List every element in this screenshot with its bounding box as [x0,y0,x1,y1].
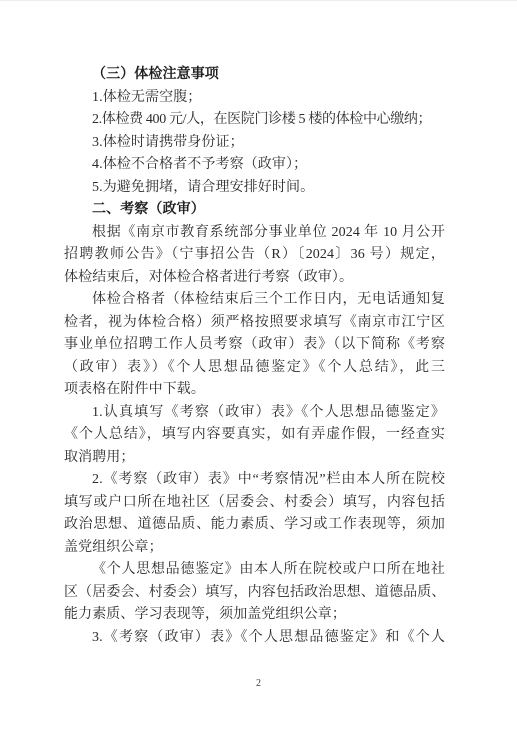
note-item-4: 4.体检不合格者不予考察（政审）； [64,154,445,177]
paragraph-applicant-line-5: 项表格在附件中下载。 [64,379,445,402]
paragraph-fill-true-line-2: 《个人总结》，填写内容要真实，如有弄虚作假，一经查实 [64,424,445,447]
note-item-3: 3.体检时请携带身份证； [64,132,445,155]
paragraph-moral-appraisal-line-1: 《个人思想品德鉴定》由本人所在院校或户口所在地社 [64,559,445,582]
paragraph-fill-true-line-1: 1.认真填写《考察（政审）表》《个人思想品德鉴定》 [64,402,445,425]
page-number: 2 [0,678,517,689]
paragraph-moral-appraisal-line-2: 区（居委会、村委会）填写，内容包括政治思想、道德品质、 [64,582,445,605]
paragraph-applicant-line-4: （政审）表》）《个人思想品德鉴定》《个人总结》，此三 [64,357,445,380]
paragraph-applicant-line-2: 检者，视为体检合格）须严格按照要求填写《南京市江宁区 [64,312,445,335]
paragraph-inspection-field-line-3: 政治思想、道德品质、能力素质、学习或工作表现等，须加 [64,514,445,537]
section-heading-exam-notes: （三）体检注意事项 [64,64,445,87]
paragraph-basis-line-1: 根据《南京市教育系统部分事业单位 2024 年 10 月公开 [64,222,445,245]
note-item-2: 2.体检费 400 元/人，在医院门诊楼 5 楼的体检中心缴纳； [64,109,445,132]
paragraph-inspection-field-line-1: 2.《考察（政审）表》中“考察情况”栏由本人所在院校 [64,469,445,492]
section-heading-inspection: 二、考察（政审） [64,199,445,222]
document-body: （三）体检注意事项 1.体检无需空腹； 2.体检费 400 元/人，在医院门诊楼… [64,64,445,649]
paragraph-fill-true-line-3: 取消聘用； [64,447,445,470]
paragraph-applicant-line-3: 事业单位招聘工作人员考察（政审）表》（以下简称《考察 [64,334,445,357]
note-item-5: 5.为避免拥堵，请合理安排好时间。 [64,177,445,200]
document-page: （三）体检注意事项 1.体检无需空腹； 2.体检费 400 元/人，在医院门诊楼… [0,0,517,732]
note-item-1: 1.体检无需空腹； [64,87,445,110]
paragraph-applicant-line-1: 体检合格者（体检结束后三个工作日内，无电话通知复 [64,289,445,312]
paragraph-three-forms-line-1: 3.《考察（政审）表》《个人思想品德鉴定》和《个人 [64,627,445,650]
paragraph-moral-appraisal-line-3: 能力素质、学习表现等，须加盖党组织公章； [64,604,445,627]
paragraph-inspection-field-line-2: 填写或户口所在地社区（居委会、村委会）填写，内容包括 [64,492,445,515]
paragraph-basis-line-3: 体检结束后，对体检合格者进行考察（政审）。 [64,267,445,290]
paragraph-inspection-field-line-4: 盖党组织公章； [64,537,445,560]
paragraph-basis-line-2: 招聘教师公告》（宁事招公告（R）〔2024〕36 号）规定， [64,244,445,267]
